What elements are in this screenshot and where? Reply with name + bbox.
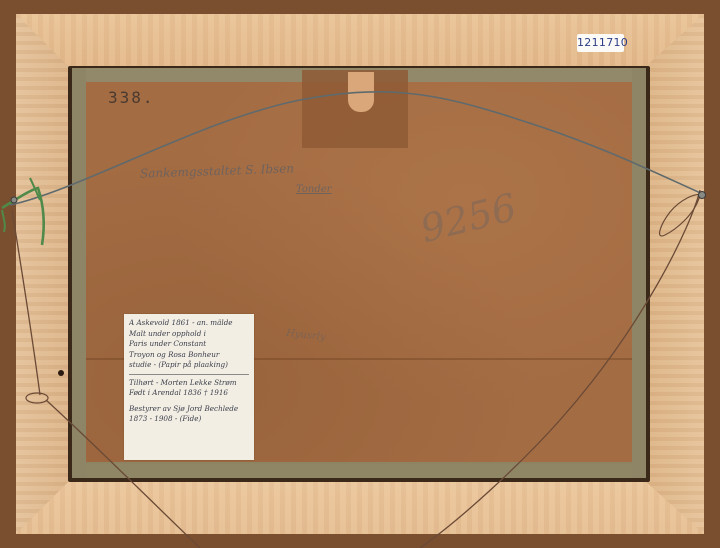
label-line: Født i Arendal 1836 † 1916 — [129, 388, 249, 399]
label-line: Paris under Constant — [129, 339, 249, 350]
label-divider — [129, 374, 249, 375]
label-line: A Askevold 1861 - an. mälde — [129, 318, 249, 329]
inventory-sticker: 1211710 — [577, 34, 624, 52]
handwritten-label-card: A Askevold 1861 - an. mälde Malt under o… — [124, 314, 254, 460]
board-number: 338. — [108, 88, 155, 107]
tape-right — [632, 68, 646, 478]
nail-hole — [58, 370, 64, 376]
label-line: Tilhørt - Morten Lekke Strøm — [129, 378, 249, 389]
label-line: Troyon og Rosa Bonheur — [129, 350, 249, 361]
frame-left-stile — [16, 14, 70, 534]
frame-bottom-rail — [16, 480, 704, 534]
label-line: 1873 - 1908 - (Fide) — [129, 414, 249, 425]
tape-bottom — [72, 462, 646, 478]
frame-right-stile — [644, 14, 704, 534]
tape-left — [72, 68, 86, 478]
label-line: Malt under opphold i — [129, 329, 249, 340]
label-line: Bestyrer av Sjø Jord Bechlede — [129, 404, 249, 415]
label-line: studie - (Papir på plaaking) — [129, 360, 249, 371]
light-paper-patch — [348, 72, 374, 112]
pencil-inscription-sub: Tonder — [296, 184, 331, 195]
